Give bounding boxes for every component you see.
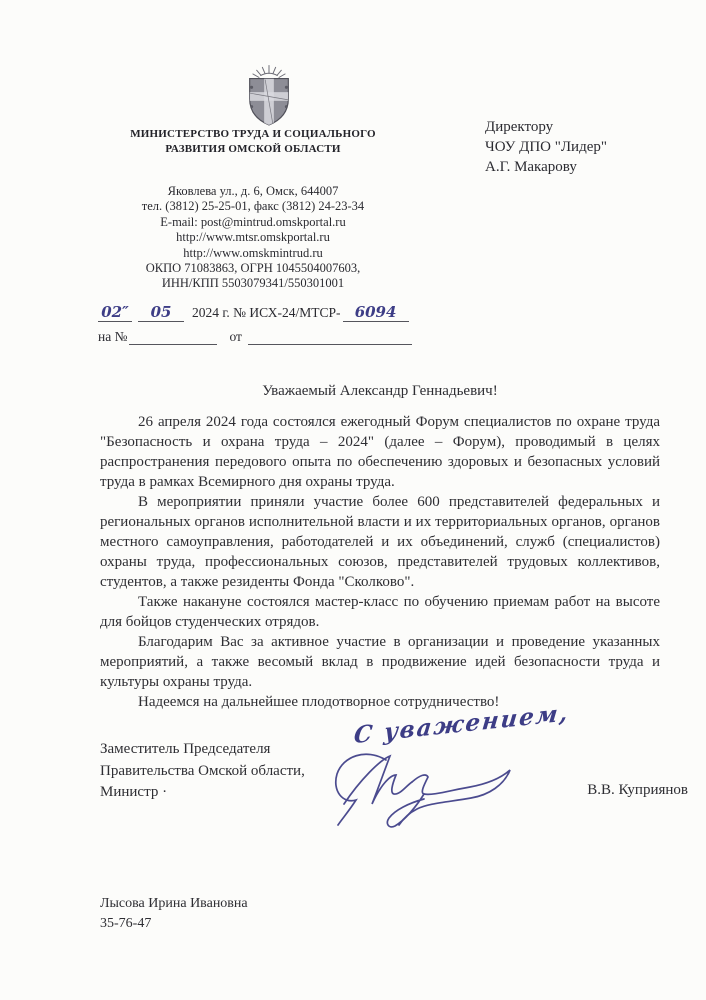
paragraph-4: Благодарим Вас за активное участие в орг…	[100, 632, 660, 692]
org-name: МИНИСТЕРСТВО ТРУДА И СОЦИАЛЬНОГО РАЗВИТИ…	[88, 127, 418, 157]
paragraph-3: Также накануне состоялся мастер-класс по…	[100, 592, 660, 632]
website-line-2: http://www.omskmintrud.ru	[88, 246, 418, 261]
email-line: E-mail: post@mintrud.omskportal.ru	[88, 215, 418, 230]
org-name-line1: МИНИСТЕРСТВО ТРУДА И СОЦИАЛЬНОГО	[88, 127, 418, 142]
address-line: Яковлева ул., д. 6, Омск, 644007	[88, 184, 418, 199]
signer-title-line1: Заместитель Председателя	[100, 739, 305, 761]
recipient-organization: ЧОУ ДПО "Лидер"	[485, 137, 607, 157]
phone-fax-line: тел. (3812) 25-25-01, факс (3812) 24-23-…	[88, 199, 418, 214]
inn-kpp-line: ИНН/КПП 5503079341/550301001	[88, 276, 418, 291]
executor-name: Лысова Ирина Ивановна	[100, 894, 248, 914]
paragraph-2: В мероприятии приняли участие более 600 …	[100, 492, 660, 592]
outgoing-number-row: 02″ 05 2024 г. № ИСХ-24/МТСР- 6094	[98, 299, 658, 322]
paragraph-1: 26 апреля 2024 года состоялся ежегодный …	[100, 412, 660, 492]
handwritten-month: 05	[138, 303, 184, 322]
reply-date-blank	[248, 329, 412, 345]
recipient-position: Директору	[485, 117, 607, 137]
letter-body: 26 апреля 2024 года состоялся ежегодный …	[100, 412, 660, 712]
signer-title-line3: Министр ·	[100, 782, 305, 804]
recipient-name: А.Г. Макарову	[485, 157, 607, 177]
reply-number-blank	[129, 329, 217, 345]
recipient-block: Директору ЧОУ ДПО "Лидер" А.Г. Макарову	[485, 117, 607, 177]
reply-number-label: на №	[98, 329, 127, 345]
handwritten-day: 02″	[98, 303, 132, 322]
okpo-ogrn-line: ОКПО 71083863, ОГРН 1045504007603,	[88, 261, 418, 276]
outgoing-number-prefix: 2024 г. № ИСХ-24/МТСР-	[192, 305, 341, 322]
signer-name: В.В. Куприянов	[587, 782, 688, 799]
letter-page: МИНИСТЕРСТВО ТРУДА И СОЦИАЛЬНОГО РАЗВИТИ…	[0, 0, 706, 1000]
handwritten-outgoing-number: 6094	[343, 303, 409, 322]
coat-of-arms-icon	[240, 64, 298, 128]
salutation: Уважаемый Александр Геннадьевич!	[100, 383, 660, 400]
contact-block: Яковлева ул., д. 6, Омск, 644007 тел. (3…	[88, 184, 418, 292]
reference-block: 02″ 05 2024 г. № ИСХ-24/МТСР- 6094 на № …	[98, 299, 658, 345]
executor-phone: 35-76-47	[100, 914, 248, 934]
paragraph-5: Надеемся на дальнейшее плодотворное сотр…	[100, 692, 660, 712]
executor-block: Лысова Ирина Ивановна 35-76-47	[100, 894, 248, 934]
signer-title-line2: Правительства Омской области,	[100, 761, 305, 783]
signer-title-block: Заместитель Председателя Правительства О…	[100, 739, 305, 804]
org-name-line2: РАЗВИТИЯ ОМСКОЙ ОБЛАСТИ	[88, 142, 418, 157]
reply-date-label: от	[229, 329, 241, 345]
website-line-1: http://www.mtsr.omskportal.ru	[88, 230, 418, 245]
signature-stroke-icon	[328, 742, 564, 828]
reply-reference-row: на № от	[98, 325, 658, 345]
